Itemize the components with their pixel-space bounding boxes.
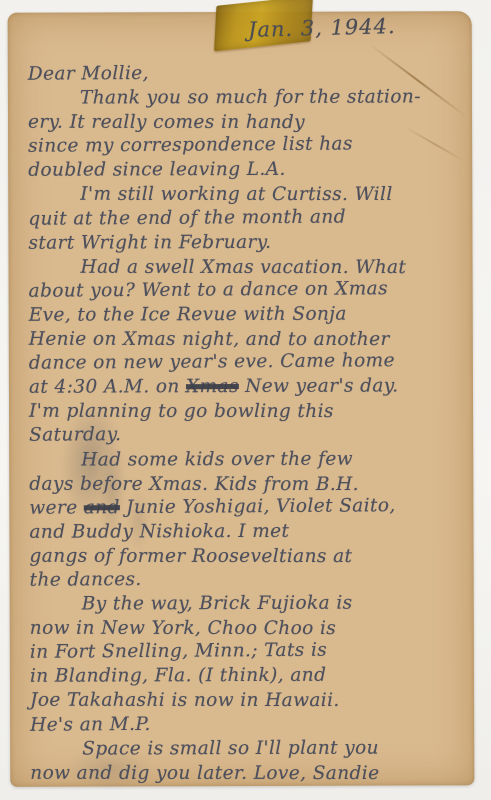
handwritten-text: Space is small so I'll plant you (82, 737, 379, 759)
handwritten-text: I'm planning to go bowling this (29, 401, 334, 422)
handwritten-text: were (29, 497, 84, 518)
handwritten-text: the dances. (30, 569, 142, 591)
handwritten-text: He's an M.P. (30, 713, 151, 735)
letter-line: Space is small so I'll plant you (30, 736, 468, 762)
handwritten-text: Joe Takahashi is now in Hawaii. (30, 690, 340, 711)
handwritten-text: start Wright in February. (28, 232, 271, 254)
letter-line: dance on new year's eve. Came home (29, 349, 467, 376)
letter-line: Dear Mollie, (28, 60, 466, 87)
handwritten-text: Henie on Xmas night, and to another (29, 329, 390, 350)
handwritten-text: Dear Mollie, (28, 63, 149, 85)
letter-line: Saturday. (29, 421, 467, 448)
letter-date: Jan. 3, 1944. (248, 14, 396, 42)
handwritten-text: gangs of former Rooseveltians at (30, 546, 353, 567)
handwritten-text: New year's day. (239, 376, 399, 398)
handwritten-text: in Fort Snelling, Minn.; Tats is (30, 640, 327, 663)
handwritten-text: Thank you so much for the station- (80, 86, 421, 108)
letter-line: start Wright in February. (28, 230, 466, 256)
letter-line: He's an M.P. (30, 710, 468, 737)
letter-line: Joe Takahashi is now in Hawaii. (30, 689, 468, 713)
letter-line: doubled since leaving L.A. (28, 158, 466, 184)
handwritten-text: By the way, Brick Fujioka is (82, 593, 353, 615)
letter-line: Eve, to the Ice Revue with Sonja (29, 302, 467, 328)
handwritten-text: since my correspondence list has (28, 134, 353, 157)
letter-line: I'm still working at Curtiss. Will (28, 183, 466, 207)
handwritten-text: Saturday. (29, 425, 121, 447)
letter-line: in Fort Snelling, Minn.; Tats is (30, 638, 468, 665)
letter-line: quit at the end of the month and (28, 204, 466, 231)
handwritten-text: Eve, to the Ice Revue with Sonja (29, 304, 347, 326)
letter-line: days before Xmas. Kids from B.H. (29, 472, 467, 496)
letter-line: now and dig you later. Love, Sandie (30, 761, 468, 785)
handwritten-text: Had some kids over the few (81, 448, 353, 470)
handwritten-text: doubled since leaving L.A. (28, 159, 286, 181)
letter-body: Dear Mollie,Thank you so much for the st… (28, 61, 469, 785)
handwritten-text: about you? Went to a dance on Xmas (29, 278, 388, 302)
letter-line: at 4:30 A.M. on Xmas New year's day. (29, 374, 467, 400)
struck-out-word: and (84, 497, 120, 518)
handwritten-text: Had a swell Xmas vacation. What (81, 257, 407, 278)
handwritten-text: days before Xmas. Kids from B.H. (29, 473, 359, 494)
handwritten-text: I'm still working at Curtiss. Will (80, 184, 392, 205)
handwritten-text: ery. It really comes in handy (28, 112, 305, 133)
letter-line: since my correspondence list has (28, 132, 466, 159)
letter-line: and Buddy Nishioka. I met (29, 519, 467, 545)
letter-line: were and Junie Yoshigai, Violet Saito, (29, 493, 467, 520)
letter-line: in Blanding, Fla. (I think), and (30, 664, 468, 690)
handwritten-text: at 4:30 A.M. on (29, 376, 186, 398)
letter-line: Thank you so much for the station- (28, 85, 466, 111)
letter-line: Had some kids over the few (29, 447, 467, 473)
handwritten-text: in Blanding, Fla. (I think), and (30, 665, 326, 687)
letter-line: the dances. (30, 566, 468, 593)
handwritten-text: dance on new year's eve. Came home (29, 350, 395, 374)
handwritten-text: now and dig you later. Love, Sandie (30, 762, 379, 783)
letter-line: By the way, Brick Fujioka is (30, 591, 468, 617)
letter-line: about you? Went to a dance on Xmas (29, 277, 467, 304)
scanned-letter-page: Dear Mollie,Thank you so much for the st… (0, 0, 491, 800)
letter-paper: Dear Mollie,Thank you so much for the st… (8, 11, 475, 787)
handwritten-text: quit at the end of the month and (28, 206, 346, 229)
struck-out-word: Xmas (186, 376, 239, 397)
handwritten-text: Junie Yoshigai, Violet Saito, (120, 495, 396, 518)
handwritten-text: and Buddy Nishioka. I met (29, 521, 289, 543)
handwritten-text: now in New York, Choo Choo is (30, 618, 336, 639)
